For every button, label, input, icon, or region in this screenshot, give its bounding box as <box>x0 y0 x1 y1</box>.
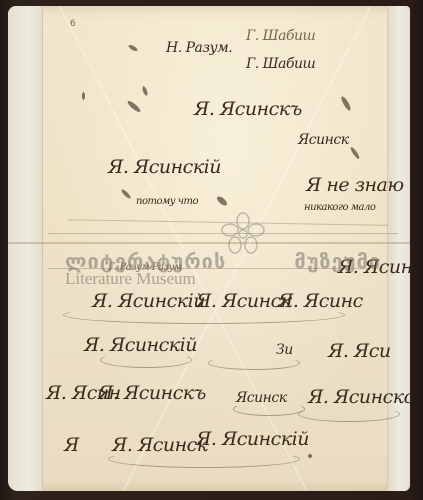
ink-blot <box>215 195 228 207</box>
ink-blot <box>308 454 312 458</box>
signature: Я. Яси <box>328 340 391 362</box>
signature: Я <box>64 434 79 456</box>
manuscript-sheet: 6 Н. Разум. Г. Шабиш Г. Шабиш Я. Ясинскъ… <box>8 6 410 491</box>
signature: Я. Ясинскiй <box>196 428 309 450</box>
signature: Я. Ясинск <box>338 256 410 278</box>
signature: Зи <box>276 342 293 358</box>
ink-blot <box>141 86 148 97</box>
signature-flourish <box>208 356 300 370</box>
signature: Я. Ясинской <box>308 386 410 408</box>
signature-flourish <box>63 306 345 324</box>
left-margin-strip <box>8 6 43 491</box>
page-number: 6 <box>70 19 76 29</box>
signature: Я. Ясинскiй <box>108 156 221 178</box>
signature: Г. Разум Разум <box>108 262 182 273</box>
signature: Ясинск <box>298 132 349 148</box>
paper-fold-line <box>8 242 410 244</box>
light-reflection-line <box>56 6 311 491</box>
ruled-line <box>48 268 378 269</box>
signature-flourish <box>298 406 400 422</box>
signature-flourish <box>108 450 300 468</box>
handwritten-phrase: Я не знаю <box>306 174 404 196</box>
signature: Н. Разум. <box>166 40 232 56</box>
ink-blot <box>126 99 141 113</box>
signature: Я. Ясинскъ <box>98 382 206 404</box>
signature: Г. Шабиш <box>246 56 315 72</box>
ink-blot <box>128 44 139 52</box>
watermark-flower-icon <box>220 212 266 258</box>
handwritten-phrase: никакого мало <box>304 202 375 213</box>
signature: Я. Ясинскъ <box>194 98 302 120</box>
handwritten-phrase: потому что <box>136 196 198 207</box>
signature: Г. Шабиш <box>246 28 315 44</box>
ink-blot <box>120 188 131 199</box>
ink-blot <box>340 95 352 111</box>
ink-blot <box>82 92 85 100</box>
signature-flourish <box>233 402 305 416</box>
ink-blot <box>349 146 360 160</box>
signature-flourish <box>100 352 192 368</box>
